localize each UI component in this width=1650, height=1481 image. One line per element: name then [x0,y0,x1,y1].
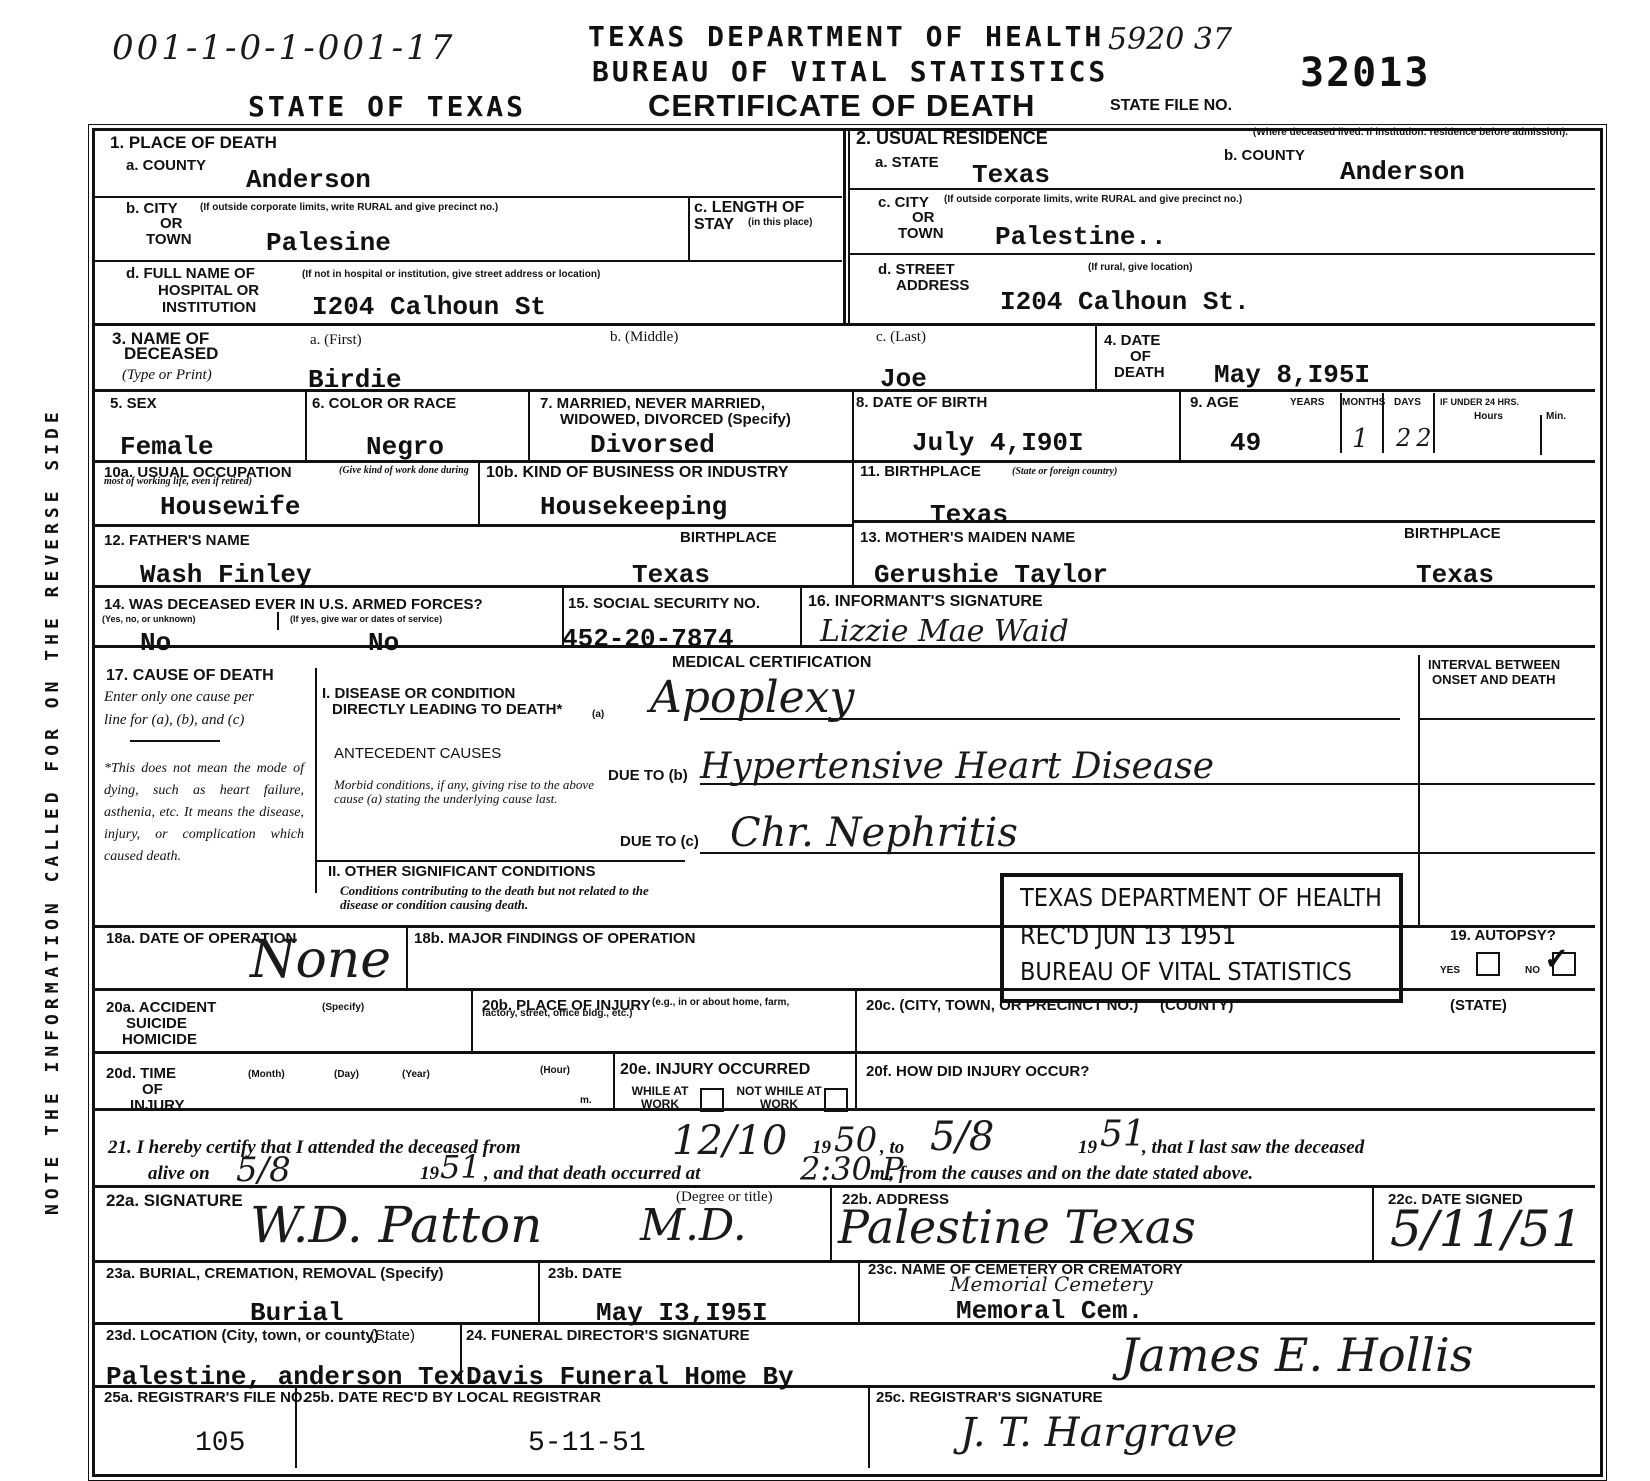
certificate-title: CERTIFICATE OF DEATH [648,88,1035,124]
hospital-label-3: INSTITUTION [162,300,256,316]
alive-on-date: 5/8 [236,1150,291,1190]
marital-value: Divorsed [590,430,715,460]
state-file-label: STATE FILE NO. [1110,98,1232,115]
mother-birthplace-label: BIRTHPLACE [1404,526,1501,542]
business-value: Housekeeping [540,492,727,522]
injury-time-label-1: 20d. TIME [106,1066,176,1082]
injury-type-label-2: SUICIDE [126,1016,187,1032]
date-of-death-value: May 8,I95I [1214,360,1370,390]
age-days-value: 22 [1396,424,1437,452]
injury-type-label-1: 20a. ACCIDENT [106,1000,216,1016]
funeral-director-signature: James E. Hollis [1120,1328,1473,1382]
residence-city-or: OR [912,210,935,226]
armed-forces-note-2: (If yes, give war or dates of service) [290,615,442,624]
residence-city-value: Palestine.. [995,222,1167,252]
hospital-label-1: d. FULL NAME OF [126,266,255,282]
interval-label-2: ONSET AND DEATH [1432,673,1556,687]
part2-note: Conditions contributing to the death but… [340,884,680,911]
armed-forces-label: 14. WAS DECEASED EVER IN U.S. ARMED FORC… [104,597,483,613]
location-state-label: (State) [370,1328,415,1344]
physician-signature: W.D. Patton [250,1196,542,1254]
signature-label: 22a. SIGNATURE [106,1192,243,1210]
registrar-signature-label: 25c. REGISTRAR'S SIGNATURE [876,1390,1103,1406]
burial-type-label: 23a. BURIAL, CREMATION, REMOVAL (Specify… [106,1266,444,1282]
cause-a-value: Apoplexy [650,672,854,723]
dob-label: 8. DATE OF BIRTH [856,395,987,411]
registrar-file-label: 25a. REGISTRAR'S FILE NO. [104,1390,307,1406]
injury-m-label: m. [580,1096,592,1107]
race-value: Negro [366,432,444,462]
death-city-town: TOWN [146,232,192,248]
part1-label-1: I. DISEASE OR CONDITION [322,686,515,702]
first-name-value: Birdie [308,365,402,395]
sex-value: Female [120,432,214,462]
agency-line-1: TEXAS DEPARTMENT OF HEALTH [588,20,1104,53]
age-years-value: 49 [1230,428,1261,458]
location-value: Palestine, anderson Tex. [106,1362,480,1392]
injury-year-label: (Year) [402,1070,430,1081]
birthplace-label: 11. BIRTHPLACE [860,464,981,480]
date-of-death-label-1: 4. DATE [1104,333,1160,349]
age-label: 9. AGE [1190,395,1239,411]
injury-how-label: 20f. HOW DID INJURY OCCUR? [866,1064,1089,1080]
injury-type-label-3: HOMICIDE [122,1032,197,1048]
funeral-director-value: Davis Funeral Home By [466,1362,794,1392]
while-at-work-checkbox[interactable] [700,1088,724,1112]
age-months-label: MONTHS [1342,398,1385,409]
middle-name-label: b. (Middle) [610,330,678,346]
father-birthplace-label: BIRTHPLACE [680,530,777,546]
death-county-value: Anderson [246,165,371,195]
injury-day-label: (Day) [334,1070,359,1081]
death-county-label: a. COUNTY [126,158,206,174]
mother-label: 13. MOTHER'S MAIDEN NAME [860,530,1075,546]
death-city-note: (If outside corporate limits, write RURA… [200,203,660,214]
op-findings-label: 18b. MAJOR FINDINGS OF OPERATION [414,931,695,947]
death-city-value: Palesine [266,228,391,258]
street-note: (If rural, give location) [1088,263,1192,274]
medical-cert-title: MEDICAL CERTIFICATION [672,655,871,672]
autopsy-label: 19. AUTOPSY? [1450,928,1556,944]
ssn-label: 15. SOCIAL SECURITY NO. [568,596,760,612]
street-label-1: d. STREET [878,262,955,278]
to-year-prefix: 19 [1078,1138,1097,1158]
physician-degree: M.D. [640,1200,747,1251]
marital-label-1: 7. MARRIED, NEVER MARRIED, [540,396,765,412]
autopsy-yes-label: YES [1440,966,1460,977]
to-year: 51 [1100,1114,1146,1155]
due-to-c-label: DUE TO (c) [620,834,699,850]
name-label-2: DECEASED [124,345,218,363]
name-label-3: (Type or Print) [122,368,212,384]
street-value: I204 Calhoun St. [1000,287,1250,317]
state-name: STATE OF TEXAS [248,90,526,123]
place-of-death-label: 1. PLACE OF DEATH [110,134,277,152]
last-name-label: c. (Last) [876,330,926,346]
stamp-line-1: TEXAS DEPARTMENT OF HEALTH [1020,883,1382,912]
cemetery-value: Memoral Cem. [956,1296,1143,1326]
autopsy-no-label: NO [1525,966,1540,977]
date-signed-value: 5/11/51 [1390,1200,1583,1258]
index-number: 001-1-0-1-001-17 [112,28,455,68]
cemetery-handwritten: Memorial Cemetery [950,1272,1153,1296]
registrar-date-label: 25b. DATE REC'D BY LOCAL REGISTRAR [304,1390,601,1406]
registrar-date-value: 5-11-51 [528,1428,646,1459]
injury-hour-label: (Hour) [540,1066,570,1077]
part2-label: II. OTHER SIGNIFICANT CONDITIONS [328,864,596,880]
hospital-value: I204 Calhoun St [312,292,546,322]
min-label: Min. [1546,412,1566,423]
residence-label: 2. USUAL RESIDENCE [856,129,1048,148]
cause-instr-1: Enter only one cause per [104,690,254,706]
autopsy-yes-checkbox[interactable] [1476,952,1500,976]
informant-signature: Lizzie Mae Waid [820,614,1069,649]
hospital-label-2: HOSPITAL OR [158,283,259,299]
interval-label-1: INTERVAL BETWEEN [1428,658,1560,672]
date-of-death-label-2: OF [1130,349,1151,365]
injury-month-label: (Month) [248,1070,285,1081]
cause-note: *This does not mean the mode of dying, s… [104,758,304,868]
due-to-b-label: DUE TO (b) [608,768,688,784]
antecedent-note: Morbid conditions, if any, giving rise t… [334,778,604,805]
marital-label-2: WIDOWED, DIVORCED (Specify) [560,412,791,428]
injury-specify-label: (Specify) [322,1003,364,1014]
cause-instr-2: line for (a), (b), and (c) [104,713,244,729]
injury-county-label: (COUNTY) [1160,998,1233,1014]
line-a-label: (a) [592,710,604,721]
stamp-line-3: BUREAU OF VITAL STATISTICS [1020,957,1352,986]
occupation-note: (Give kind of work done during most of w… [104,466,474,487]
agency-line-2: BUREAU OF VITAL STATISTICS [592,55,1108,88]
armed-forces-note-1: (Yes, no, or unknown) [102,615,196,624]
injury-city-label: 20c. (CITY, TOWN, OR PRECINCT NO.) [866,998,1138,1014]
part1-label-2: DIRECTLY LEADING TO DEATH* [332,702,562,718]
race-label: 6. COLOR OR RACE [312,396,456,412]
not-at-work-label: NOT WHILE AT WORK [734,1085,824,1110]
alive-year: 51 [440,1148,481,1186]
handwritten-number: 5920 37 [1108,22,1232,57]
attended-from-date: 12/10 [672,1118,787,1164]
antecedent-label: ANTECEDENT CAUSES [334,746,501,762]
cert-text-4: m., from the causes and on the date stat… [870,1164,1253,1184]
reverse-side-note: NOTE THE INFORMATION CALLED FOR ON THE R… [42,407,63,1215]
street-label-2: ADDRESS [896,278,969,294]
registrar-file-value: 105 [195,1428,245,1459]
residence-city-town: TOWN [898,226,944,242]
injury-time-label-3: INJURY [130,1098,184,1114]
stamp-line-2: REC'D JUN 13 1951 [1020,921,1236,950]
residence-county-value: Anderson [1340,157,1465,187]
age-days-label: DAYS [1394,398,1421,409]
injury-place-note: (e.g., in or about home, farm, factory, … [482,998,822,1019]
hospital-note: (If not in hospital or institution, give… [302,270,600,281]
residence-county-label: b. COUNTY [1224,148,1305,164]
age-years-label: YEARS [1290,398,1324,409]
injury-occurred-label: 20e. INJURY OCCURRED [620,1062,810,1079]
death-city-or: OR [160,216,183,232]
ssn-value: 452-20-7874 [562,624,734,654]
father-value: Wash Finley [140,560,312,590]
date-of-death-label-3: DEATH [1114,365,1165,381]
hours-label: Hours [1474,412,1503,423]
residence-state-label: a. STATE [875,155,939,171]
burial-date-value: May I3,I95I [596,1298,768,1328]
business-label: 10b. KIND OF BUSINESS OR INDUSTRY [486,465,789,482]
last-name-value: Joe [880,364,927,394]
cert-text-2: , that I last saw the deceased [1142,1138,1364,1158]
birthplace-value: Texas [930,500,1008,530]
informant-label: 16. INFORMANT'S SIGNATURE [808,594,1043,611]
residence-city-note: (If outside corporate limits, write RURA… [944,195,1242,206]
sex-label: 5. SEX [110,396,157,412]
alive-year-prefix: 19 [420,1164,439,1184]
location-label: 23d. LOCATION (City, town, or county) [106,1328,379,1344]
father-birthplace-value: Texas [632,560,710,590]
birthplace-note: (State or foreign country) [1012,467,1117,478]
armed-forces-value: No [140,628,171,658]
op-date-value: None [250,930,391,990]
alive-on-label: alive on [148,1164,210,1184]
residence-note: (Where deceased lived. If institution: r… [1128,128,1568,139]
mother-value: Gerushie Taylor [874,560,1108,590]
stay-note: (in this place) [748,218,812,229]
residence-state-value: Texas [972,160,1050,190]
age-months-value: 1 [1352,424,1369,454]
injury-time-label-2: OF [142,1082,163,1098]
physician-address: Palestine Texas [838,1200,1196,1254]
cert-text-3: , and that death occurred at [484,1164,700,1184]
injury-state-label: (STATE) [1450,998,1507,1014]
burial-date-label: 23b. DATE [548,1266,622,1282]
father-label: 12. FATHER'S NAME [104,533,250,549]
registrar-signature: J. T. Hargrave [960,1410,1237,1456]
autopsy-no-checkmark-icon: ✓ [1544,942,1569,977]
not-at-work-checkbox[interactable] [824,1088,848,1112]
under-24-label: IF UNDER 24 HRS. [1440,398,1519,407]
attended-to-date: 5/8 [930,1114,994,1160]
received-stamp: TEXAS DEPARTMENT OF HEALTH REC'D JUN 13 … [1000,873,1403,1003]
cause-of-death-label: 17. CAUSE OF DEATH [106,668,274,685]
occupation-value: Housewife [160,492,300,522]
stamped-number: 32013 [1300,50,1430,96]
burial-type-value: Burial [250,1298,344,1328]
mother-birthplace-value: Texas [1416,560,1494,590]
first-name-label: a. (First) [310,333,362,349]
while-at-work-label: WHILE AT WORK [620,1085,700,1110]
armed-service-value: No [368,628,399,658]
cause-c-value: Chr. Nephritis [730,810,1018,856]
dob-value: July 4,I90I [912,428,1084,458]
cause-b-value: Hypertensive Heart Disease [700,746,1214,787]
funeral-director-label: 24. FUNERAL DIRECTOR'S SIGNATURE [466,1328,750,1344]
